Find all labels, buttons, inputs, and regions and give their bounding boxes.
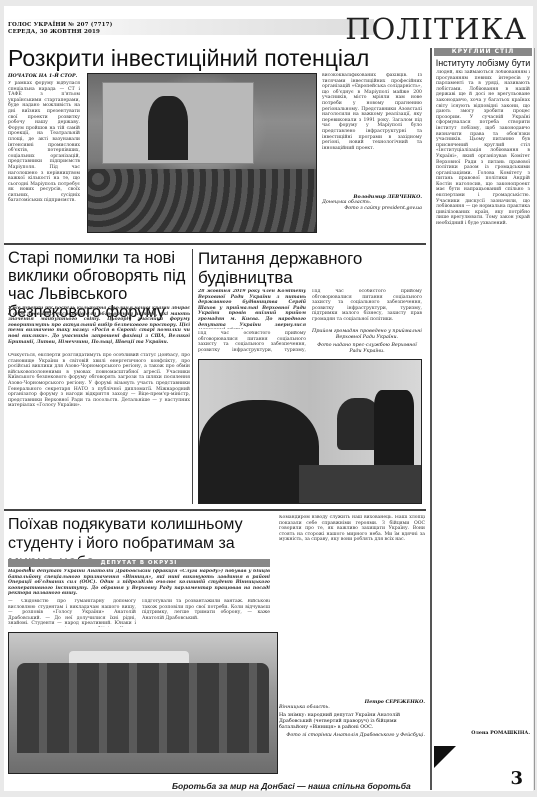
article3-body-cont: Під час особистого прийому обговорювалис…: [312, 289, 422, 327]
group-of-people: [17, 663, 269, 753]
article4-col2: Підготували та розвантажили вантаж. Війс…: [142, 599, 270, 627]
article1-text: У рамках форуму відбулася спеціальна нар…: [8, 81, 80, 221]
paper-issue: ГОЛОС УКРАЇНИ № 207 (7717): [8, 22, 113, 29]
sidebar-headline: Інституту лобізму бути: [432, 58, 534, 68]
article1-col1: ПОЧАТОК НА 1-Й СТОР. У рамках форуму від…: [8, 73, 80, 221]
issue-date: СЕРЕДА, 30 ЖОВТНЯ 2019: [8, 29, 113, 36]
divider: [4, 509, 426, 511]
article2-lead: Уже третій рік поспіль культурна столиця…: [8, 306, 190, 350]
sidebar-rubric: КРУГЛИЙ СТІЛ: [434, 48, 532, 56]
forum-photo: [87, 73, 317, 233]
meeting-photo: [198, 359, 422, 504]
article3-col2: Під час особистого прийому обговорювалис…: [312, 289, 422, 355]
sidebar-body: Людей, які займаються лобіюванням і прос…: [432, 70, 534, 730]
divider: [192, 249, 193, 504]
article3-lead: 28 жовтня 2019 року член Комітету Верхов…: [198, 289, 306, 329]
article4-location: Вінницька область.: [279, 705, 425, 711]
article1-headline: Розкрити інвестиційний потенціал: [8, 46, 369, 71]
section-title: ПОЛІТИКА: [345, 12, 527, 46]
soldiers-photo: [8, 632, 278, 774]
article4-col3-text: Командиром взводу служить наш вихованець…: [279, 515, 425, 695]
article4-photo-caption: На знімку: народний депутат України Анат…: [279, 713, 425, 731]
article3-note: Прийом громадян проведено у приймальні В…: [312, 329, 422, 341]
article3-body: Під час особистого прийому обговорювалис…: [198, 331, 306, 353]
article2-body: Очікується, експерти розглядатимуть про …: [8, 353, 190, 503]
divider: [4, 243, 426, 245]
article1-photo-credit: Фото з сайту president.gov.ua: [322, 206, 422, 212]
article4-col3: Командиром взводу служить наш вихованець…: [279, 515, 425, 739]
chair: [374, 390, 414, 470]
article1-col3: висококваліфікованих фахівців. Із тисяча…: [322, 73, 422, 212]
article4-lead: Народний депутат України Анатолій Драбов…: [8, 569, 270, 597]
sidebar-round-table: КРУГЛИЙ СТІЛ Інституту лобізму бути Люде…: [430, 48, 535, 790]
header-meta: ГОЛОС УКРАЇНИ № 207 (7717) СЕРЕДА, 30 ЖО…: [8, 22, 113, 36]
continued-label: ПОЧАТОК НА 1-Й СТОР.: [8, 73, 80, 79]
desk: [299, 465, 421, 503]
newspaper-page: ГОЛОС УКРАЇНИ № 207 (7717) СЕРЕДА, 30 ЖО…: [4, 6, 533, 791]
page-number: 3: [510, 768, 523, 789]
sidebar-author: Олена РОМАШКІНА.: [432, 730, 534, 736]
article3-headline: Питання державного будівництва: [198, 249, 418, 287]
article4-photo-credit: Фото зі сторінки Анатолія Драбовського у…: [279, 733, 425, 739]
speaker-silhouette: [148, 96, 188, 160]
audience: [88, 169, 316, 232]
article4-rubric: ДЕПУТАТ В ОКРУЗІ: [8, 559, 270, 567]
corner-decoration: [434, 746, 456, 768]
footer-slogan: Боротьба за мир на Донбасі — наша спільн…: [172, 781, 411, 791]
article1-text-col3: висококваліфікованих фахівців. Із тисяча…: [322, 73, 422, 191]
article4-col1: — Свідомістю про гуманітарну допомогу ви…: [8, 599, 136, 627]
article3-photo-caption: Фото надано прес-службою Верховної Ради …: [312, 343, 422, 355]
